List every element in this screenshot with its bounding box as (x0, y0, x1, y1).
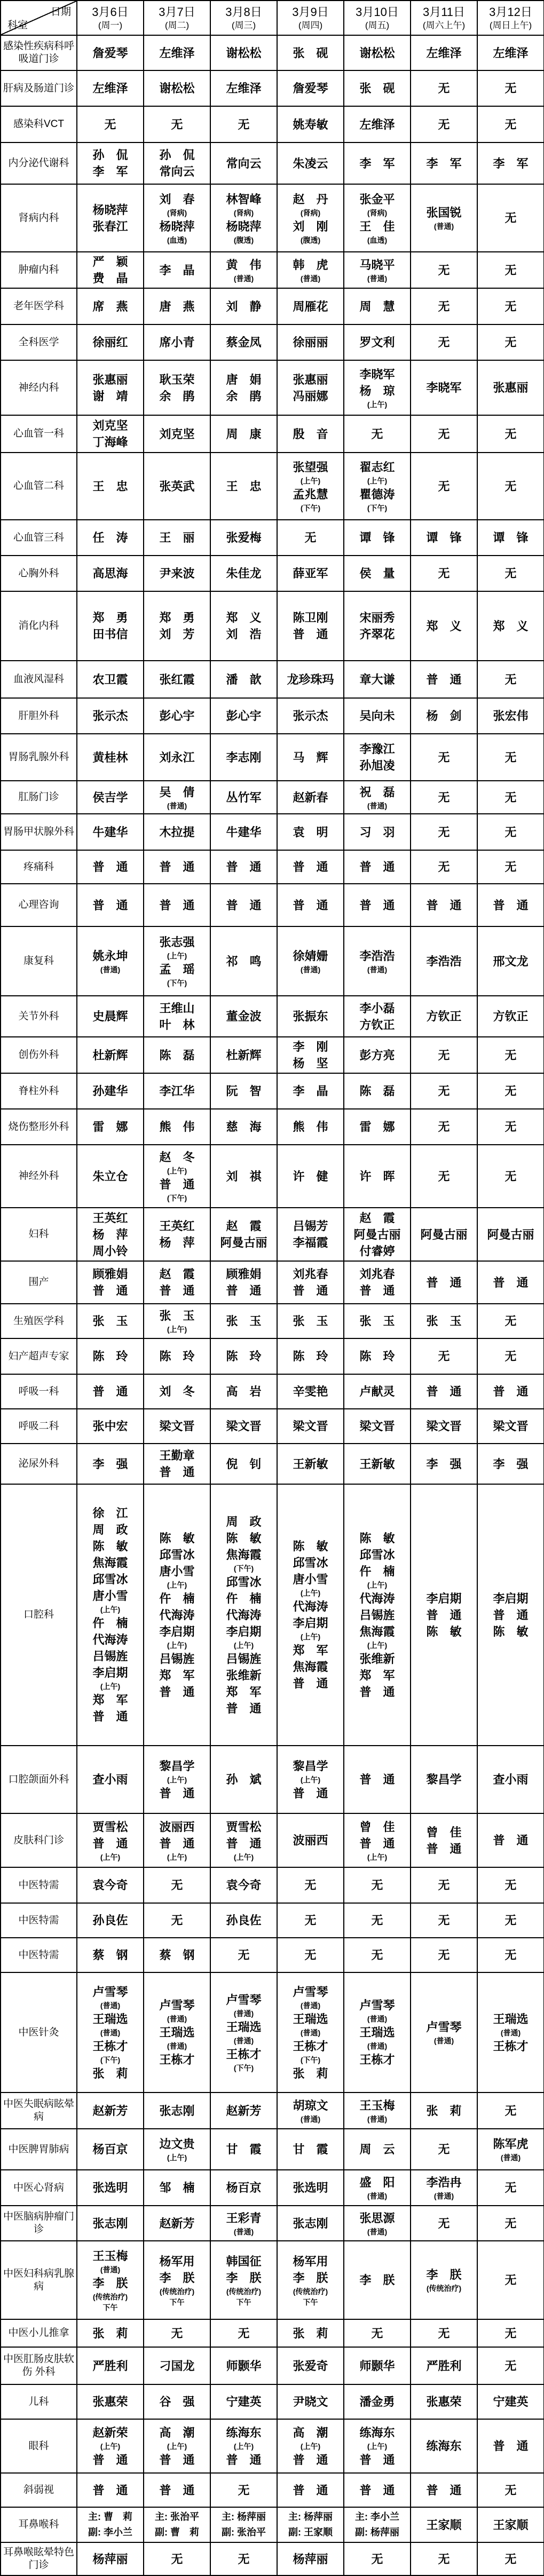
doctor-name: 彭心宇 (211, 708, 276, 724)
table-row: 神经外科朱立仓赵 冬(上午)普 通(下午)刘 祺许 健许 晖无无 (1, 1145, 544, 1208)
doctor-name: 无 (412, 334, 476, 351)
schedule-cell: 李晓军 (411, 360, 477, 415)
doctor-name: 张 玉 (345, 1313, 409, 1329)
doctor-name: 席小青 (145, 334, 209, 351)
schedule-cell: 张惠荣 (411, 2384, 477, 2419)
doctor-name: 普 通 (412, 1383, 476, 1400)
doctor-name: 王栋才 (211, 2046, 276, 2063)
session-note: (普通) (211, 2035, 276, 2046)
doctor-name: 无 (412, 2141, 476, 2158)
doctor-name: 普 通 (278, 1675, 343, 1692)
table-row: 妇产超声专家陈 玲陈 玲陈 玲陈 玲陈 玲无无 (1, 1338, 544, 1374)
doctor-name: 查小雨 (478, 1771, 543, 1788)
doctor-name: 王新敏 (345, 1456, 409, 1472)
doctor-name: 杨 坚 (278, 1055, 343, 1072)
session-note: (传统治疗) (211, 2286, 276, 2297)
schedule-cell: 陈 玲 (77, 1338, 144, 1374)
schedule-cell: 王勤章普 通 (144, 1444, 210, 1484)
dept-label: 皮肤科门诊 (1, 1813, 77, 1867)
session-note: (普通) (278, 273, 343, 284)
doctor-name: 无 (345, 426, 409, 442)
doctor-name: 陈 敏 (412, 1623, 476, 1640)
header-weekday: (周四) (278, 20, 343, 31)
schedule-cell: 普 通 (411, 2473, 477, 2507)
schedule-cell: 卢雪琴(普通)王瑞选(普通)王栋才(下午)张 莉 (277, 1972, 344, 2092)
schedule-cell: 杨军用李 朕(传统治疗)下午 (277, 2241, 344, 2319)
doctor-name: 王 忠 (78, 478, 143, 495)
doctor-name: 无 (478, 2358, 543, 2374)
session-note: (下午) (211, 1563, 276, 1574)
schedule-cell: 主: 张治平副: 曹 莉 (144, 2507, 210, 2542)
session-note: (传统治疗) (78, 2292, 143, 2302)
schedule-cell: 席小青 (144, 324, 210, 360)
schedule-cell: 吴 倩(普通) (144, 781, 210, 814)
doctor-name: 郑 义 (211, 609, 276, 626)
dept-label: 关节外科 (1, 996, 77, 1037)
doctor-name: 无 (412, 2325, 476, 2342)
doctor-name: 王 忠 (211, 478, 276, 495)
schedule-cell: 无 (477, 1867, 544, 1903)
schedule-cell: 张示杰 (277, 698, 344, 734)
schedule-cell: 李小磊方钦正 (344, 996, 411, 1037)
dept-label: 肛肠门诊 (1, 781, 77, 814)
schedule-cell: 卢献灵 (344, 1374, 411, 1409)
doctor-name: 周 慧 (345, 298, 409, 315)
doctor-name: 袁 明 (278, 824, 343, 841)
doctor-name: 师颢华 (345, 2358, 409, 2374)
schedule-cell: 王 忠 (210, 453, 277, 520)
schedule-cell: 普 通 (210, 884, 277, 926)
doctor-name: 邱雪冰 (211, 1574, 276, 1590)
doctor-name: 代海涛 (211, 1607, 276, 1623)
doctor-name: 张选明 (78, 2179, 143, 2196)
doctor-name: 无 (478, 1912, 543, 1929)
doctor-name: 左维泽 (211, 80, 276, 97)
doctor-name: 无 (412, 789, 476, 806)
doctor-name: 邱雪冰 (145, 1547, 209, 1563)
doctor-name: 无 (478, 426, 543, 442)
doctor-name: 王栋才 (78, 2038, 143, 2055)
doctor-name: 仵 楠 (211, 1590, 276, 1607)
header-weekday: (周三) (211, 20, 276, 31)
schedule-cell: 梁文晋 (210, 1409, 277, 1444)
schedule-cell: 谭 锋 (411, 520, 477, 556)
dept-label: 血液风湿科 (1, 661, 77, 698)
doctor-name: 副: 王家顺 (278, 2525, 343, 2540)
doctor-name: 杨晓萍 (145, 218, 209, 235)
doctor-name: 主: 杨萍丽 (211, 2509, 276, 2525)
doctor-name: 无 (412, 1348, 476, 1365)
doctor-name: 卢献灵 (345, 1383, 409, 1400)
table-row: 妇科王英红杨 萍周小铃王英红杨 萍赵 霞阿曼古丽吕锡芳李福霞赵 霞阿曼古丽付睿婷… (1, 1208, 544, 1261)
schedule-cell: 张 莉 (411, 2092, 477, 2129)
doctor-name: 普 通 (278, 2482, 343, 2499)
schedule-table: 日期 科室 3月6日(周一)3月7日(周二)3月8日(周三)3月9日(周四)3月… (0, 0, 544, 2576)
table-row: 中医肛肠皮肤软伤 外科严胜利刁国龙师颢华张爱奇师颢华严胜利无 (1, 2347, 544, 2384)
doctor-name: 左维泽 (145, 45, 209, 61)
schedule-cell: 丛竹军 (210, 781, 277, 814)
schedule-cell: 李 朕(传统治疗) (411, 2241, 477, 2319)
doctor-name: 王 佳 (345, 218, 409, 235)
schedule-cell: 无 (411, 1338, 477, 1374)
doctor-name: 张中宏 (78, 1418, 143, 1434)
session-note: (上午) (345, 399, 409, 410)
header-row: 日期 科室 3月6日(周一)3月7日(周二)3月8日(周三)3月9日(周四)3月… (1, 1, 544, 35)
schedule-cell: 无 (411, 1145, 477, 1208)
doctor-name: 马 辉 (278, 749, 343, 766)
doctor-name: 黄 伟 (211, 257, 276, 273)
schedule-cell: 高 潮(上午)普 通 (144, 2419, 210, 2473)
schedule-cell: 王玉梅(普通) (344, 2092, 411, 2129)
schedule-cell: 无 (411, 781, 477, 814)
doctor-name: 代海涛 (345, 1590, 409, 1607)
schedule-cell: 蔡 钢 (144, 1938, 210, 1972)
schedule-cell: 普 通 (477, 2419, 544, 2473)
doctor-name: 代海涛 (278, 1598, 343, 1615)
schedule-cell: 李豫江孙旭凌 (344, 734, 411, 781)
schedule-cell: 韩 虎(普通) (277, 252, 344, 288)
session-note: (传统治疗) (145, 2286, 209, 2297)
doctor-name: 祁 鸣 (211, 953, 276, 970)
schedule-cell: 贾雪松普 通(上午) (210, 1813, 277, 1867)
schedule-cell: 主: 杨萍丽副: 张治平 (210, 2507, 277, 2542)
doctor-name: 无 (412, 2551, 476, 2567)
schedule-cell: 张惠丽谢 靖 (77, 360, 144, 415)
schedule-cell: 无 (477, 1903, 544, 1938)
doctor-name: 刘永江 (145, 749, 209, 766)
schedule-cell: 赵新芳 (210, 2092, 277, 2129)
doctor-name: 无 (478, 565, 543, 582)
schedule-cell: 徐 江周 政陈 敏焦海霞邱雪冰唐小雪(上午)仵 楠代海涛吕锡旌李启期(上午)郑 … (77, 1484, 144, 1746)
dept-label: 肿瘤内科 (1, 252, 77, 288)
table-row: 心血管二科王 忠张英武王 忠张望强(上午)孟兆慧(下午)翟志红(上午)瞿德涛(下… (1, 453, 544, 520)
schedule-cell: 朱佳龙 (210, 556, 277, 591)
session-note: (肾病) (211, 208, 276, 218)
session-note: (普通) (412, 221, 476, 232)
schedule-cell: 王维山叶 林 (144, 996, 210, 1037)
doctor-name: 盛 阳 (345, 2174, 409, 2191)
dept-label: 中医特需 (1, 1903, 77, 1938)
doctor-name: 梁文晋 (145, 1418, 209, 1434)
schedule-cell: 师颢华 (210, 2347, 277, 2384)
schedule-cell: 潘 歆 (210, 661, 277, 698)
doctor-name: 张 莉 (412, 2103, 476, 2119)
doctor-name: 无 (412, 1947, 476, 1963)
doctor-name: 陈 敏 (211, 1530, 276, 1547)
doctor-name: 吕锡旌 (78, 1648, 143, 1665)
schedule-cell: 胡琼文(普通) (277, 2092, 344, 2129)
schedule-cell: 习 羽 (344, 814, 411, 850)
doctor-name: 郑 军 (145, 1667, 209, 1684)
doctor-name: 李小磊 (345, 1000, 409, 1017)
doctor-name: 无 (478, 2325, 543, 2342)
schedule-cell: 章大谦 (344, 661, 411, 698)
schedule-cell: 郑 义 (477, 591, 544, 661)
header-date: 3月6日 (78, 5, 143, 20)
schedule-cell: 王 忠 (77, 453, 144, 520)
schedule-cell: 杨 剑 (411, 698, 477, 734)
session-note: 下午 (278, 2297, 343, 2308)
doctor-name: 无 (145, 1877, 209, 1893)
doctor-name: 波丽西 (145, 1819, 209, 1835)
doctor-name: 刘 春 (145, 191, 209, 208)
header-date: 3月11日 (412, 5, 476, 20)
dept-label: 胃肠乳腺外科 (1, 734, 77, 781)
doctor-name: 无 (412, 116, 476, 133)
schedule-cell: 陈 敏邱雪冰仵 楠(上午)代海涛吕锡旌焦海霞(上午)张维新郑 军普 通 (344, 1484, 411, 1746)
doctor-name: 周 康 (211, 426, 276, 442)
doctor-name: 张惠荣 (78, 2393, 143, 2410)
doctor-name: 邱雪冰 (278, 1555, 343, 1571)
doctor-name: 赵新芳 (145, 2215, 209, 2232)
schedule-cell: 张 玉 (210, 1304, 277, 1338)
doctor-name: 杨 萍 (145, 1234, 209, 1251)
schedule-cell: 卢雪琴(普通)王瑞选(普通)王栋才 (144, 1972, 210, 2092)
doctor-name: 卢雪琴 (278, 1984, 343, 2000)
table-row: 肾病内科杨晓萍张春江刘 春(肾病)杨晓萍(血透)林智峰(肾病)杨晓萍(腹透)赵 … (1, 184, 544, 252)
doctor-name: 左维泽 (78, 80, 143, 97)
doctor-name: 祝 磊 (345, 784, 409, 800)
doctor-name: 张望强 (278, 459, 343, 475)
doctor-name: 无 (478, 789, 543, 806)
doctor-name: 陈 敏 (278, 1538, 343, 1555)
table-row: 中医妇科病乳腺病王玉梅(普通)李 朕(传统治疗)下午杨军用李 朕(传统治疗)下午… (1, 2241, 544, 2319)
schedule-cell: 杨百京 (210, 2170, 277, 2206)
doctor-name: 无 (412, 426, 476, 442)
schedule-cell: 无 (477, 2170, 544, 2206)
doctor-name: 张维新 (211, 1667, 276, 1684)
schedule-cell: 无 (477, 781, 544, 814)
doctor-name: 李 朕 (278, 2270, 343, 2286)
doctor-name: 无 (478, 859, 543, 875)
session-note: (上午) (145, 950, 209, 961)
session-note: (普通) (145, 800, 209, 811)
doctor-name: 刘 刚 (278, 218, 343, 235)
schedule-cell: 无 (210, 2542, 277, 2575)
schedule-cell: 熊 伟 (277, 1109, 344, 1145)
doctor-name: 黎昌学 (412, 1771, 476, 1788)
schedule-cell: 边文贵(上午) (144, 2129, 210, 2170)
doctor-name: 卢雪琴 (211, 1992, 276, 2008)
doctor-name: 詹爱琴 (278, 80, 343, 97)
schedule-cell: 席 燕 (77, 288, 144, 324)
doctor-name: 无 (478, 1947, 543, 1963)
schedule-cell: 李浩冉(普通) (411, 2170, 477, 2206)
doctor-name: 普 通 (345, 1835, 409, 1852)
doctor-name: 叶 林 (145, 1017, 209, 1033)
doctor-name: 杨萍丽 (78, 2551, 143, 2567)
schedule-cell: 董金波 (210, 996, 277, 1037)
table-row: 肿瘤内科严 颖费 晶李 晶黄 伟(普通)韩 虎(普通)马晓平(普通)无无 (1, 252, 544, 288)
doctor-name: 无 (478, 2482, 543, 2499)
doctor-name: 杨 剑 (412, 708, 476, 724)
doctor-name: 周 政 (211, 1513, 276, 1530)
schedule-cell: 无 (411, 106, 477, 142)
schedule-cell: 卢雪琴(普通) (411, 1972, 477, 2092)
dept-label: 中医小儿推拿 (1, 2319, 77, 2347)
schedule-cell: 无 (477, 1073, 544, 1109)
schedule-cell: 无 (477, 2542, 544, 2575)
schedule-cell: 刘永江 (144, 734, 210, 781)
dept-label: 儿科 (1, 2384, 77, 2419)
doctor-name: 袁今奇 (211, 1877, 276, 1893)
doctor-name: 唐小雪 (145, 1563, 209, 1580)
schedule-cell: 无 (477, 734, 544, 781)
table-row: 感染性疾病科呼吸道门诊詹爱琴左维泽谢松松张 砚谢松松左维泽左维泽 (1, 35, 544, 70)
doctor-name: 郑 义 (478, 618, 543, 635)
doctor-name: 李启期 (412, 1590, 476, 1607)
schedule-cell: 张宏伟 (477, 698, 544, 734)
doctor-name: 陈 敏 (145, 1530, 209, 1547)
schedule-cell: 无 (411, 1938, 477, 1972)
doctor-name: 费 晶 (78, 270, 143, 287)
doctor-name: 辛雯艳 (278, 1383, 343, 1400)
doctor-name: 孙良佐 (211, 1912, 276, 1929)
doctor-name: 王彩青 (211, 2210, 276, 2226)
schedule-cell: 无 (411, 70, 477, 106)
doctor-name: 李福霞 (278, 1234, 343, 1251)
dept-label: 创伤外科 (1, 1037, 77, 1073)
schedule-cell: 刘 祺 (210, 1145, 277, 1208)
schedule-cell: 普 通 (277, 2473, 344, 2507)
session-note: (上午) (145, 2441, 209, 2452)
doctor-name: 无 (211, 2482, 276, 2499)
doctor-name: 詹爱琴 (78, 45, 143, 61)
dept-label: 中医妇科病乳腺病 (1, 2241, 77, 2319)
doctor-name: 尹来波 (145, 565, 209, 582)
doctor-name: 张 玉 (78, 1313, 143, 1329)
schedule-cell: 无 (411, 850, 477, 884)
doctor-name: 无 (345, 1877, 409, 1893)
doctor-name: 梁文晋 (412, 1418, 476, 1434)
schedule-cell: 李启期普 通陈 敏 (477, 1484, 544, 1746)
schedule-cell: 无 (411, 1903, 477, 1938)
schedule-cell: 无 (344, 2542, 411, 2575)
doctor-name: 曾 佳 (412, 1824, 476, 1841)
doctor-name: 无 (478, 2179, 543, 2196)
schedule-cell: 梁文晋 (411, 1409, 477, 1444)
session-note: (普通) (345, 800, 409, 811)
schedule-cell: 无 (477, 1037, 544, 1073)
doctor-name: 左维泽 (412, 45, 476, 61)
column-header-day-4: 3月9日(周四) (277, 1, 344, 35)
schedule-cell: 张红霞 (144, 661, 210, 698)
table-row: 呼吸二科张中宏梁文晋梁文晋梁文晋梁文晋梁文晋梁文晋 (1, 1409, 544, 1444)
doctor-name: 普 通 (478, 2438, 543, 2454)
schedule-cell: 无 (411, 556, 477, 591)
schedule-cell: 无 (477, 1304, 544, 1338)
doctor-name: 无 (478, 671, 543, 688)
session-note: (下午) (278, 503, 343, 513)
table-row: 泌尿外科李 强王勤章普 通倪 钊王新敏王新敏李 强李 强 (1, 1444, 544, 1484)
doctor-name: 韩国征 (211, 2253, 276, 2270)
session-note: (普通) (278, 964, 343, 975)
doctor-name: 普 通 (78, 1383, 143, 1400)
doctor-name: 张宏伟 (478, 708, 543, 724)
schedule-cell: 普 通 (144, 2473, 210, 2507)
schedule-cell: 李浩浩(普通) (344, 926, 411, 996)
header-weekday: (周一) (78, 20, 143, 31)
session-note: (普通) (211, 2008, 276, 2019)
table-row: 全科医学徐丽红席小青蔡金凤徐丽丽罗文利无无 (1, 324, 544, 360)
dept-label: 烧伤整形外科 (1, 1109, 77, 1145)
doctor-name: 赵 霞 (345, 1210, 409, 1226)
doctor-name: 无 (412, 1877, 476, 1893)
doctor-name: 谭 锋 (412, 529, 476, 546)
doctor-name: 张国锐 (412, 204, 476, 221)
doctor-name: 邱雪冰 (78, 1571, 143, 1588)
doctor-name: 严胜利 (412, 2358, 476, 2374)
schedule-cell: 王英红杨 萍 (144, 1208, 210, 1261)
schedule-cell: 普 通 (477, 1374, 544, 1409)
table-row: 烧伤整形外科雷 娜熊 伟慈 海熊 伟雷 娜无无 (1, 1109, 544, 1145)
doctor-name: 李浩冉 (412, 2174, 476, 2191)
doctor-name: 吕锡旌 (211, 1651, 276, 1667)
session-note: (腹透) (211, 235, 276, 245)
dept-label: 中医脾胃肺病 (1, 2129, 77, 2170)
doctor-name: 任 涛 (78, 529, 143, 546)
schedule-cell: 谭 锋 (344, 520, 411, 556)
doctor-name: 无 (478, 210, 543, 226)
doctor-name: 普 通 (145, 1684, 209, 1700)
doctor-name: 普 通 (211, 2452, 276, 2468)
doctor-name: 无 (478, 1877, 543, 1893)
doctor-name: 查小雨 (78, 1771, 143, 1788)
doctor-name: 普 通 (412, 897, 476, 914)
session-note: (下午) (78, 2055, 143, 2065)
doctor-name: 普 通 (145, 1176, 209, 1193)
schedule-cell: 李志刚 (210, 734, 277, 781)
session-note: (上午) (145, 1852, 209, 1862)
doctor-name: 邱雪冰 (345, 1547, 409, 1563)
doctor-name: 孙建华 (78, 1083, 143, 1099)
schedule-cell: 黎昌学(上午)普 通 (277, 1746, 344, 1813)
doctor-name: 普 通 (412, 2482, 476, 2499)
schedule-cell: 周 康 (210, 415, 277, 453)
table-row: 呼吸一科普 通刘 冬高 岩辛雯艳卢献灵普 通普 通 (1, 1374, 544, 1409)
doctor-name: 主: 李小兰 (345, 2509, 409, 2525)
schedule-cell: 无 (477, 2241, 544, 2319)
doctor-name: 普 通 (478, 1607, 543, 1623)
doctor-name: 陈 磊 (345, 1083, 409, 1099)
schedule-cell: 张志刚 (144, 2092, 210, 2129)
corner-cell: 日期 科室 (1, 1, 77, 35)
schedule-cell: 谢松松 (344, 35, 411, 70)
header-weekday: (周六上午) (412, 20, 476, 31)
doctor-name: 史晨辉 (78, 1008, 143, 1025)
session-note: (普通) (345, 2114, 409, 2125)
doctor-name: 杨萍丽 (278, 2551, 343, 2567)
schedule-cell: 陈 敏邱雪冰唐小雪(上午)代海涛李启期(上午)郑 军焦海霞普 通 (277, 1484, 344, 1746)
doctor-name: 刘 冬 (145, 1383, 209, 1400)
doctor-name: 李启期 (211, 1623, 276, 1640)
schedule-cell: 刘克坚丁海峰 (77, 415, 144, 453)
schedule-cell: 无 (210, 1938, 277, 1972)
schedule-cell: 耿玉荣余 鹃 (144, 360, 210, 415)
doctor-name: 王栋才 (145, 2051, 209, 2068)
schedule-cell: 严 颖费 晶 (77, 252, 144, 288)
schedule-cell: 宋丽秀齐翠花 (344, 591, 411, 661)
doctor-name: 郑 军 (211, 1684, 276, 1700)
schedule-cell: 郑 勇田书信 (77, 591, 144, 661)
schedule-cell: 盛 阳(普通) (344, 2170, 411, 2206)
doctor-name: 卢雪琴 (412, 2019, 476, 2035)
schedule-cell: 林智峰(肾病)杨晓萍(腹透) (210, 184, 277, 252)
doctor-name: 陈 敏 (78, 1538, 143, 1555)
doctor-name: 侯吉学 (78, 789, 143, 806)
schedule-cell: 张 莉 (77, 2319, 144, 2347)
doctor-name: 无 (412, 262, 476, 279)
